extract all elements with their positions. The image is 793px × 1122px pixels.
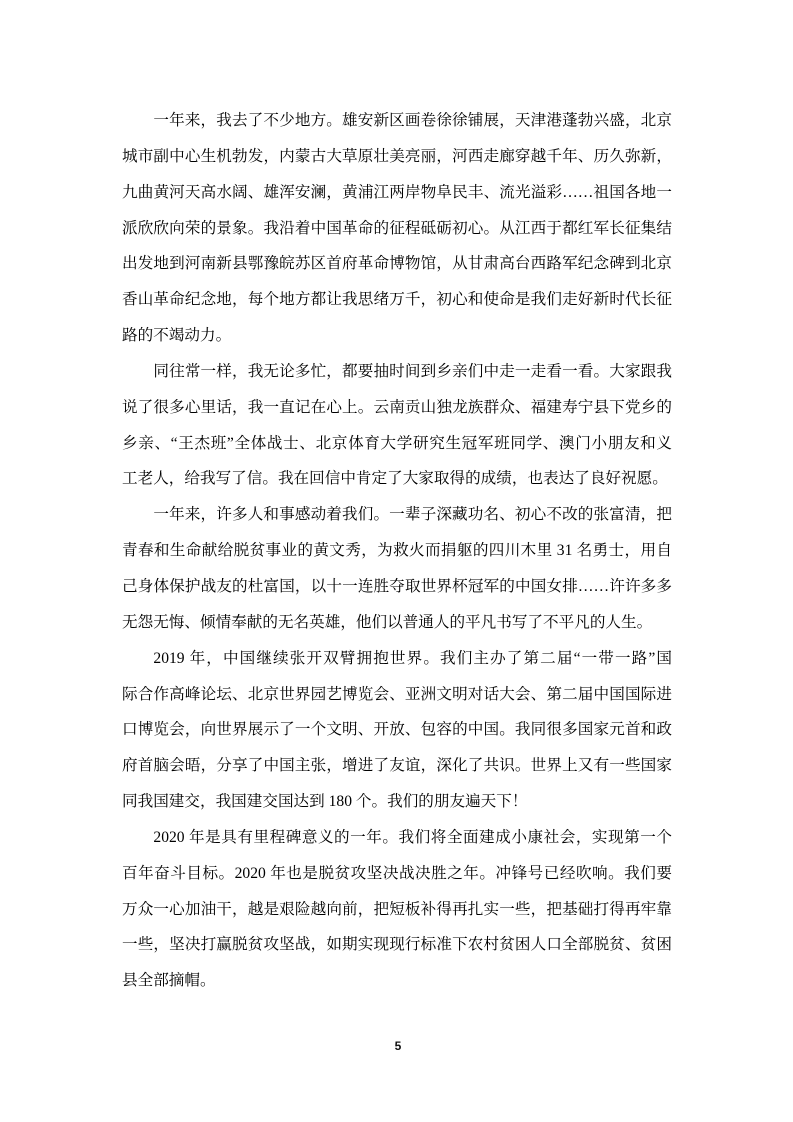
text-line: 一年来，我去了不少地方。雄安新区画卷徐徐铺展，天津港蓬勃兴盛，北京 (122, 103, 672, 139)
text-line: 际合作高峰论坛、北京世界园艺博览会、亚洲文明对话大会、第二届中国国际进 (122, 677, 672, 713)
text-line: 一些，坚决打赢脱贫攻坚战，如期实现现行标准下农村贫困人口全部脱贫、贫困 (122, 927, 672, 963)
text-line: 派欣欣向荣的景象。我沿着中国革命的征程砥砺初心。从江西于都红军长征集结 (122, 211, 672, 247)
text-line: 路的不竭动力。 (122, 318, 672, 354)
text-line: 县全部摘帽。 (122, 963, 672, 999)
paragraph: 一年来，许多人和事感动着我们。一辈子深藏功名、初心不改的张富清，把 青春和生命献… (122, 497, 672, 640)
text-line: 同我国建交，我国建交国达到 180 个。我们的朋友遍天下！ (122, 784, 672, 820)
text-line: 出发地到河南新县鄂豫皖苏区首府革命博物馆，从甘肃高台西路军纪念碑到北京 (122, 246, 672, 282)
paragraph: 同往常一样，我无论多忙，都要抽时间到乡亲们中走一走看一看。大家跟我 说了很多心里… (122, 354, 672, 497)
paragraph: 2020 年是具有里程碑意义的一年。我们将全面建成小康社会，实现第一个 百年奋斗… (122, 820, 672, 999)
text-line: 2019 年，中国继续张开双臂拥抱世界。我们主办了第二届“一带一路”国 (122, 641, 672, 677)
text-line: 万众一心加油干，越是艰险越向前，把短板补得再扎实一些，把基础打得再牢靠 (122, 892, 672, 928)
text-line: 说了很多心里话，我一直记在心上。云南贡山独龙族群众、福建寿宁县下党乡的 (122, 390, 672, 426)
text-line: 青春和生命献给脱贫事业的黄文秀，为救火而捐躯的四川木里 31 名勇士，用自 (122, 533, 672, 569)
paragraph: 2019 年，中国继续张开双臂拥抱世界。我们主办了第二届“一带一路”国 际合作高… (122, 641, 672, 820)
text-line: 无怨无悔、倾情奉献的无名英雄，他们以普通人的平凡书写了不平凡的人生。 (122, 605, 672, 641)
body-text: 一年来，我去了不少地方。雄安新区画卷徐徐铺展，天津港蓬勃兴盛，北京 城市副中心生… (122, 103, 672, 999)
text-line: 城市副中心生机勃发，内蒙古大草原壮美亮丽，河西走廊穿越千年、历久弥新， (122, 139, 672, 175)
text-line: 同往常一样，我无论多忙，都要抽时间到乡亲们中走一走看一看。大家跟我 (122, 354, 672, 390)
text-line: 百年奋斗目标。2020 年也是脱贫攻坚决战决胜之年。冲锋号已经吹响。我们要 (122, 856, 672, 892)
text-line: 2020 年是具有里程碑意义的一年。我们将全面建成小康社会，实现第一个 (122, 820, 672, 856)
text-line: 府首脑会晤，分享了中国主张，增进了友谊，深化了共识。世界上又有一些国家 (122, 748, 672, 784)
paragraph: 一年来，我去了不少地方。雄安新区画卷徐徐铺展，天津港蓬勃兴盛，北京 城市副中心生… (122, 103, 672, 354)
text-line: 一年来，许多人和事感动着我们。一辈子深藏功名、初心不改的张富清，把 (122, 497, 672, 533)
text-line: 九曲黄河天高水阔、雄浑安澜，黄浦江两岸物阜民丰、流光溢彩……祖国各地一 (122, 175, 672, 211)
page-number: 5 (0, 1039, 793, 1053)
text-line: 香山革命纪念地，每个地方都让我思绪万千，初心和使命是我们走好新时代长征 (122, 282, 672, 318)
text-line: 乡亲、“王杰班”全体战士、北京体育大学研究生冠军班同学、澳门小朋友和义 (122, 426, 672, 462)
text-line: 口博览会，向世界展示了一个文明、开放、包容的中国。我同很多国家元首和政 (122, 712, 672, 748)
text-line: 工老人，给我写了信。我在回信中肯定了大家取得的成绩，也表达了良好祝愿。 (122, 461, 672, 497)
document-page: 一年来，我去了不少地方。雄安新区画卷徐徐铺展，天津港蓬勃兴盛，北京 城市副中心生… (0, 0, 793, 1122)
text-line: 己身体保护战友的杜富国，以十一连胜夺取世界杯冠军的中国女排……许许多多 (122, 569, 672, 605)
